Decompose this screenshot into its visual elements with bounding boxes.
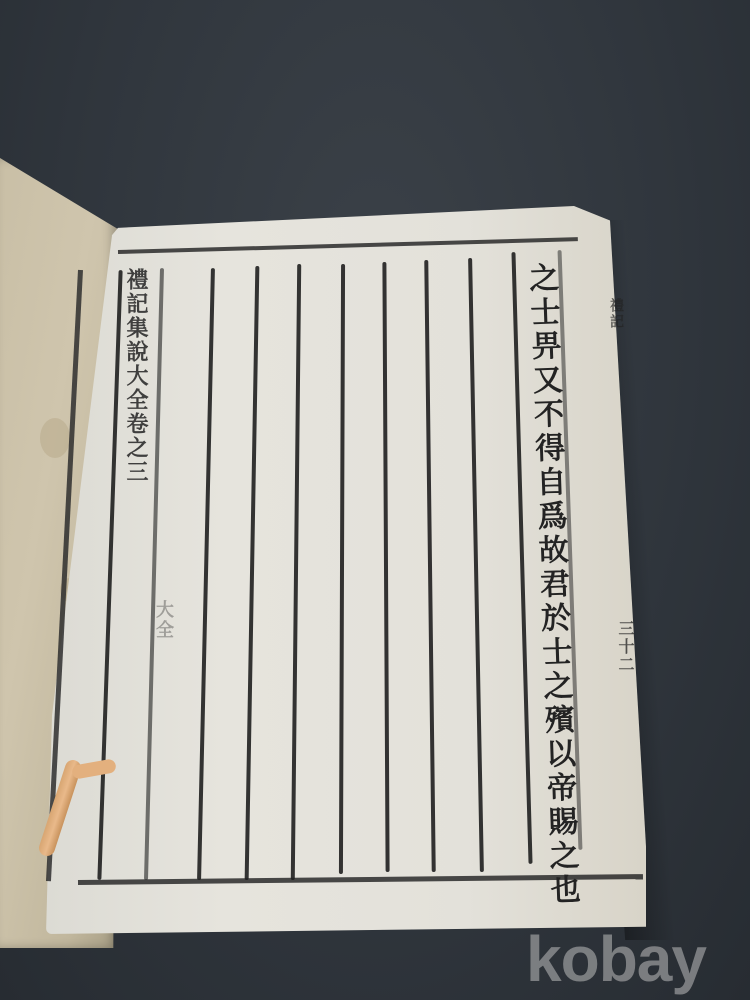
- kobay-watermark: kobay: [526, 922, 706, 996]
- paper-stain: [40, 418, 70, 458]
- right-margin-label: 禮記: [606, 298, 626, 330]
- photo-stage: 禮記集說大全卷之三 之士畀又不得自爲故君於士之殯以帝賜之也 禮記 三十二 大全 …: [0, 0, 750, 1000]
- page-number: 三十二: [614, 620, 637, 674]
- faded-text-column: 大全: [150, 600, 176, 640]
- margin-book-title: 禮記集說大全卷之三: [118, 268, 148, 484]
